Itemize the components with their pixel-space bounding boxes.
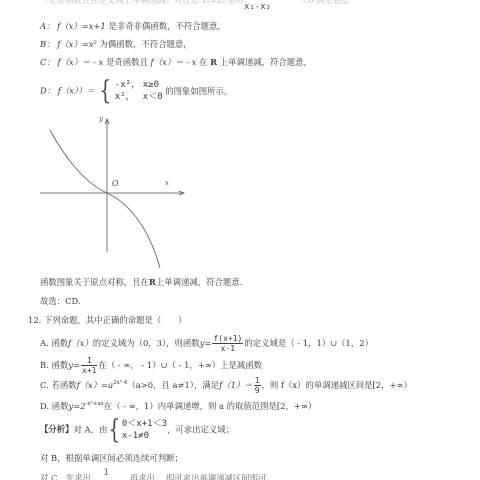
post: 的定义域是（ - 1，1）∪（1，2） <box>244 338 373 348</box>
f: f（x）=a <box>77 380 114 390</box>
c-mid: ，再求出 <box>121 473 155 480</box>
exponent: 2x²-4 <box>113 380 127 386</box>
q12-option-d: D. 函数y=2-x²+ax在（ - ∞，1）内单调递增，则 a 的取值范围是[… <box>40 401 316 411</box>
y-axis-label: y <box>98 115 104 123</box>
q12-stem: 12. 下列命题，其中正确的命题是（ ） <box>28 315 186 325</box>
conclusion-prefix: 函数图象关于原点对称，且在 <box>40 277 149 287</box>
analysis-suffix: ，可求出定义域； <box>167 425 234 435</box>
y: y= <box>68 360 80 370</box>
q12-number: 12. <box>28 315 41 325</box>
label: C. <box>40 380 49 390</box>
post: 在（ - ∞， - 1）∪（ - 1，+∞）上是减函数 <box>98 360 262 370</box>
cond: （a>0，且 a≠1），满足 <box>127 380 219 390</box>
fraction: 1x+1 <box>81 356 97 375</box>
numerator: 1 <box>254 376 261 386</box>
x-axis-label: x <box>165 179 169 187</box>
post: 在（ - ∞，1）内单调递增，则 a 的取值范围是[2，+∞） <box>104 401 317 411</box>
c-num: 1 <box>104 467 109 477</box>
q12-analysis-a: 【分析】对 A，由{0＜x+1＜3x-1≠0，可求出定义域； <box>40 416 234 443</box>
fraction: 19 <box>254 376 261 395</box>
f: f（x） <box>68 338 93 348</box>
c-post: ，即可求出单调递减区间即可 <box>158 473 267 480</box>
pre: 若函数 <box>51 380 76 390</box>
analysis-cases: 0＜x+1＜3x-1≠0 <box>122 418 167 442</box>
label: B. <box>40 360 49 370</box>
q12-option-c: C. 若函数f（x）=a2x²-4（a>0，且 a≠1），满足f（1）＝19，则… <box>40 375 412 395</box>
conclusion-suffix: 上单调递减，符合题意. <box>156 277 242 287</box>
y: y= <box>200 338 212 348</box>
q12-option-b: B. 函数y=1x+1在（ - ∞， - 1）∪（ - 1，+∞）上是减函数 <box>40 355 262 375</box>
q12-analysis-c-partial: 对 C，先求出 1 ，再求出 ，即可求出单调递减区间即可 <box>40 473 266 480</box>
q11-answer: 故选：CD. <box>40 296 81 306</box>
origin-label: O <box>112 179 119 188</box>
y: y=2 <box>69 401 86 411</box>
analysis-tag: 【分析】 <box>40 424 74 434</box>
label: D. <box>40 401 49 411</box>
numerator: 1 <box>81 356 97 366</box>
pre: 函数 <box>51 338 68 348</box>
denominator: x+1 <box>81 366 97 375</box>
case2: x-1≠0 <box>122 430 167 442</box>
q12-analysis-b: 对 B，根据单调区间必须连续可判断； <box>40 453 183 463</box>
conclusion-R: R <box>149 277 156 287</box>
pre: 函数 <box>52 401 69 411</box>
fraction: f(x+1)x-1 <box>212 334 243 353</box>
pre: 函数 <box>52 360 69 370</box>
case1: 0＜x+1＜3 <box>122 418 167 430</box>
denominator: 9 <box>254 386 261 395</box>
mid: 的定义域为（0，3），则函数 <box>93 338 200 348</box>
post: ，则 f（x）的单调递减区间是[2，+∞） <box>262 380 412 390</box>
q12-option-a: A. 函数f（x）的定义域为（0，3），则函数y=f(x+1)x-1的定义域是（… <box>40 333 373 353</box>
f1: f（1）＝ <box>219 380 253 390</box>
analysis-prefix: 对 A，由 <box>74 425 108 435</box>
c-pre: 对 C，先求出 <box>40 473 91 480</box>
exponent: -x²+ax <box>86 401 104 407</box>
q11-conclusion: 函数图象关于原点对称，且在R上单调递减，符合题意. <box>40 277 242 287</box>
label: A. <box>40 338 49 348</box>
denominator: x-1 <box>212 344 243 353</box>
q12-stem-text: 下列命题，其中正确的命题是（ ） <box>44 315 186 325</box>
left-brace: { <box>109 417 121 443</box>
numerator: f(x+1) <box>212 334 243 344</box>
